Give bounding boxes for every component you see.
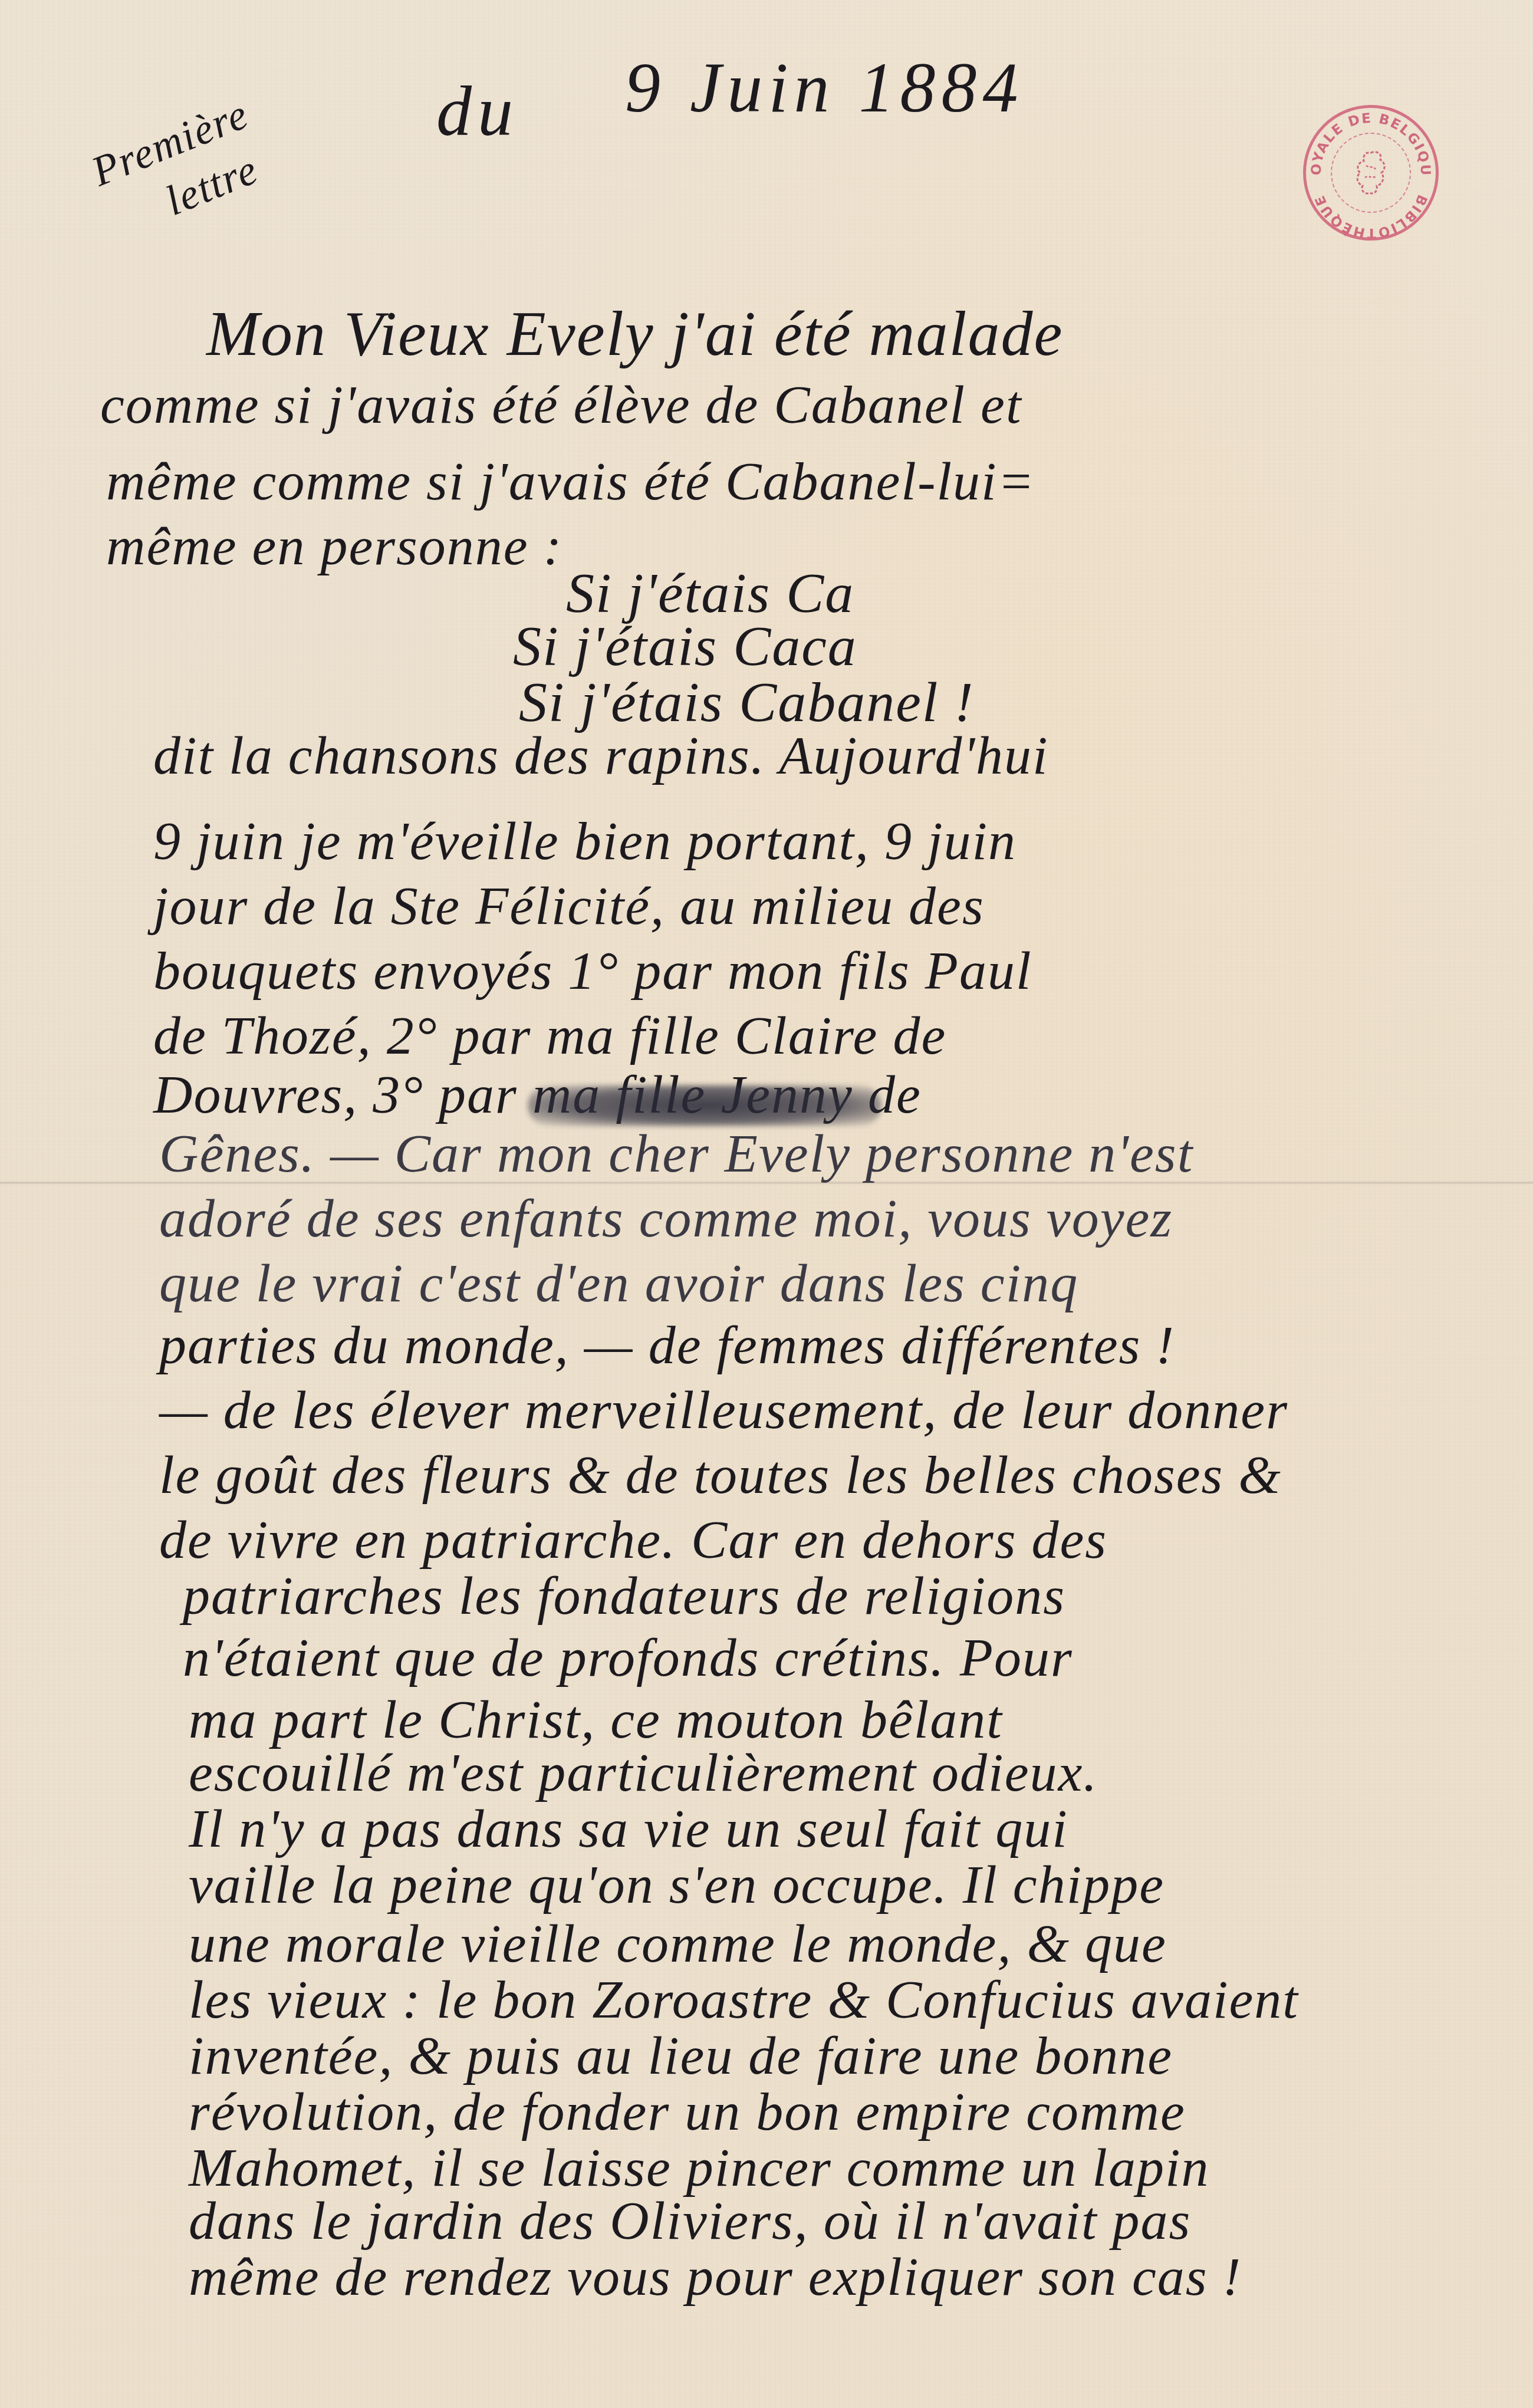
- body-line: bouquets envoyés 1° par mon fils Paul: [153, 943, 1032, 998]
- body-line: même en personne :: [106, 519, 562, 573]
- body-line: le goût des fleurs & de toutes les belle…: [159, 1448, 1282, 1502]
- body-line: inventée, & puis au lieu de faire une bo…: [189, 2028, 1173, 2083]
- body-line: même de rendez vous pour expliquer son c…: [189, 2249, 1242, 2304]
- body-line: jour de la Ste Félicité, au milieu des: [153, 879, 985, 933]
- salutation-line: Mon Vieux Evely j'ai été malade: [206, 298, 1064, 371]
- body-line: parties du monde, — de femmes différente…: [159, 1318, 1175, 1372]
- ink-blot-redaction: [528, 1085, 881, 1126]
- body-line: ma part le Christ, ce mouton bêlant: [189, 1692, 1003, 1746]
- body-line: les vieux : le bon Zoroastre & Confucius…: [189, 1972, 1299, 2027]
- body-line: Il n'y a pas dans sa vie un seul fait qu…: [189, 1801, 1068, 1856]
- body-line: 9 juin je m'éveille bien portant, 9 juin: [153, 814, 1016, 868]
- body-line: comme si j'avais été élève de Cabanel et: [100, 377, 1022, 432]
- body-line: dans le jardin des Oliviers, où il n'ava…: [189, 2193, 1191, 2248]
- lion-icon: [1348, 148, 1393, 198]
- library-stamp: ROYALE DE BELGIQUE BIBLIOTHÈQUE: [1303, 105, 1439, 241]
- letter-date: 9 Juin 1884: [625, 47, 1024, 129]
- body-line: adoré de ses enfants comme moi, vous voy…: [159, 1191, 1173, 1245]
- body-line: une morale vieille comme le monde, & que: [189, 1916, 1167, 1971]
- body-line: vaille la peine qu'on s'en occupe. Il ch…: [189, 1857, 1164, 1912]
- body-line: patriarches les fondateurs de religions: [183, 1568, 1065, 1623]
- body-line: de vivre en patriarche. Car en dehors de…: [159, 1512, 1107, 1567]
- body-line: dit la chansons des rapins. Aujourd'hui: [153, 728, 1049, 782]
- date-prefix: du: [436, 71, 519, 152]
- body-line: n'étaient que de profonds crétins. Pour: [183, 1630, 1073, 1685]
- body-line: même comme si j'avais été Cabanel-lui=: [106, 454, 1035, 508]
- body-line: révolution, de fonder un bon empire comm…: [189, 2084, 1186, 2139]
- body-line: de Thozé, 2° par ma fille Claire de: [153, 1008, 946, 1062]
- body-line: Gênes. — Car mon cher Evely personne n'e…: [159, 1126, 1193, 1180]
- body-line: Mahomet, il se laisse pincer comme un la…: [189, 2140, 1210, 2195]
- body-line: que le vrai c'est d'en avoir dans les ci…: [159, 1256, 1078, 1310]
- body-line: escouillé m'est particulièrement odieux.: [189, 1745, 1098, 1800]
- body-line: — de les élever merveilleusement, de leu…: [159, 1383, 1288, 1437]
- letter-page: Première lettre du 9 Juin 1884 ROYALE DE…: [0, 0, 1533, 2408]
